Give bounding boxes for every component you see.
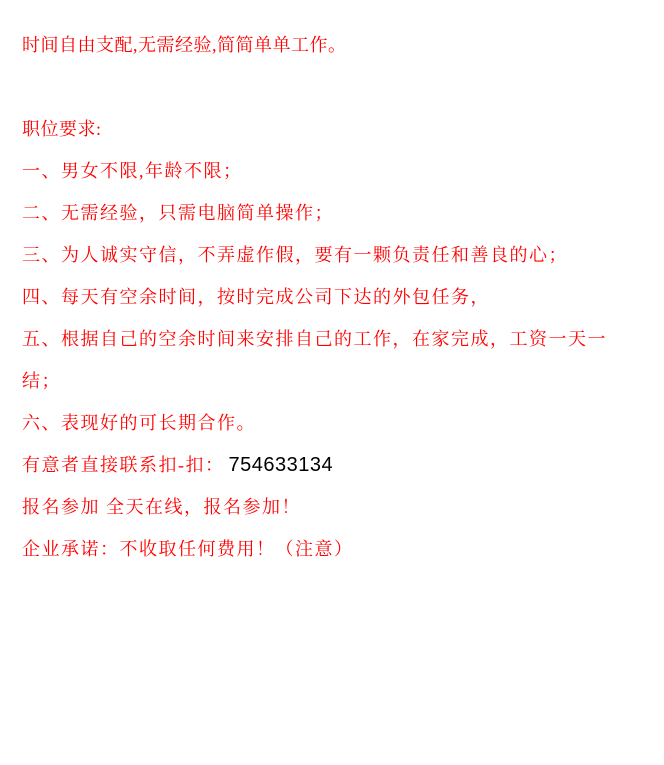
requirement-item-3: 三、为人诚实守信，不弄虚作假，要有一颗负责任和善良的心； [22,234,644,276]
job-posting-document: 时间自由支配,无需经验,简简单单工作。 职位要求: 一、男女不限,年龄不限； 二… [0,0,664,765]
requirement-item-2: 二、无需经验，只需电脑简单操作； [22,192,644,234]
signup-line: 报名参加 全天在线，报名参加！ [22,486,644,528]
requirement-item-5-wrap: 结； [22,360,644,402]
contact-line: 有意者直接联系扣-扣：754633134 [22,444,644,486]
requirement-item-5: 五、根据自己的空余时间来安排自己的工作，在家完成，工资一天一 [22,318,644,360]
contact-label: 有意者直接联系扣-扣： [22,455,225,475]
promise-line: 企业承诺：不收取任何费用！（注意） [22,528,644,570]
requirement-item-1: 一、男女不限,年龄不限； [22,150,644,192]
qq-number: 754633134 [229,454,334,476]
intro-line: 时间自由支配,无需经验,简简单单工作。 [22,24,644,66]
requirement-item-6: 六、表现好的可长期合作。 [22,402,644,444]
requirements-heading: 职位要求: [22,108,644,150]
blank-line [22,66,644,108]
requirement-item-4: 四、每天有空余时间，按时完成公司下达的外包任务， [22,276,644,318]
